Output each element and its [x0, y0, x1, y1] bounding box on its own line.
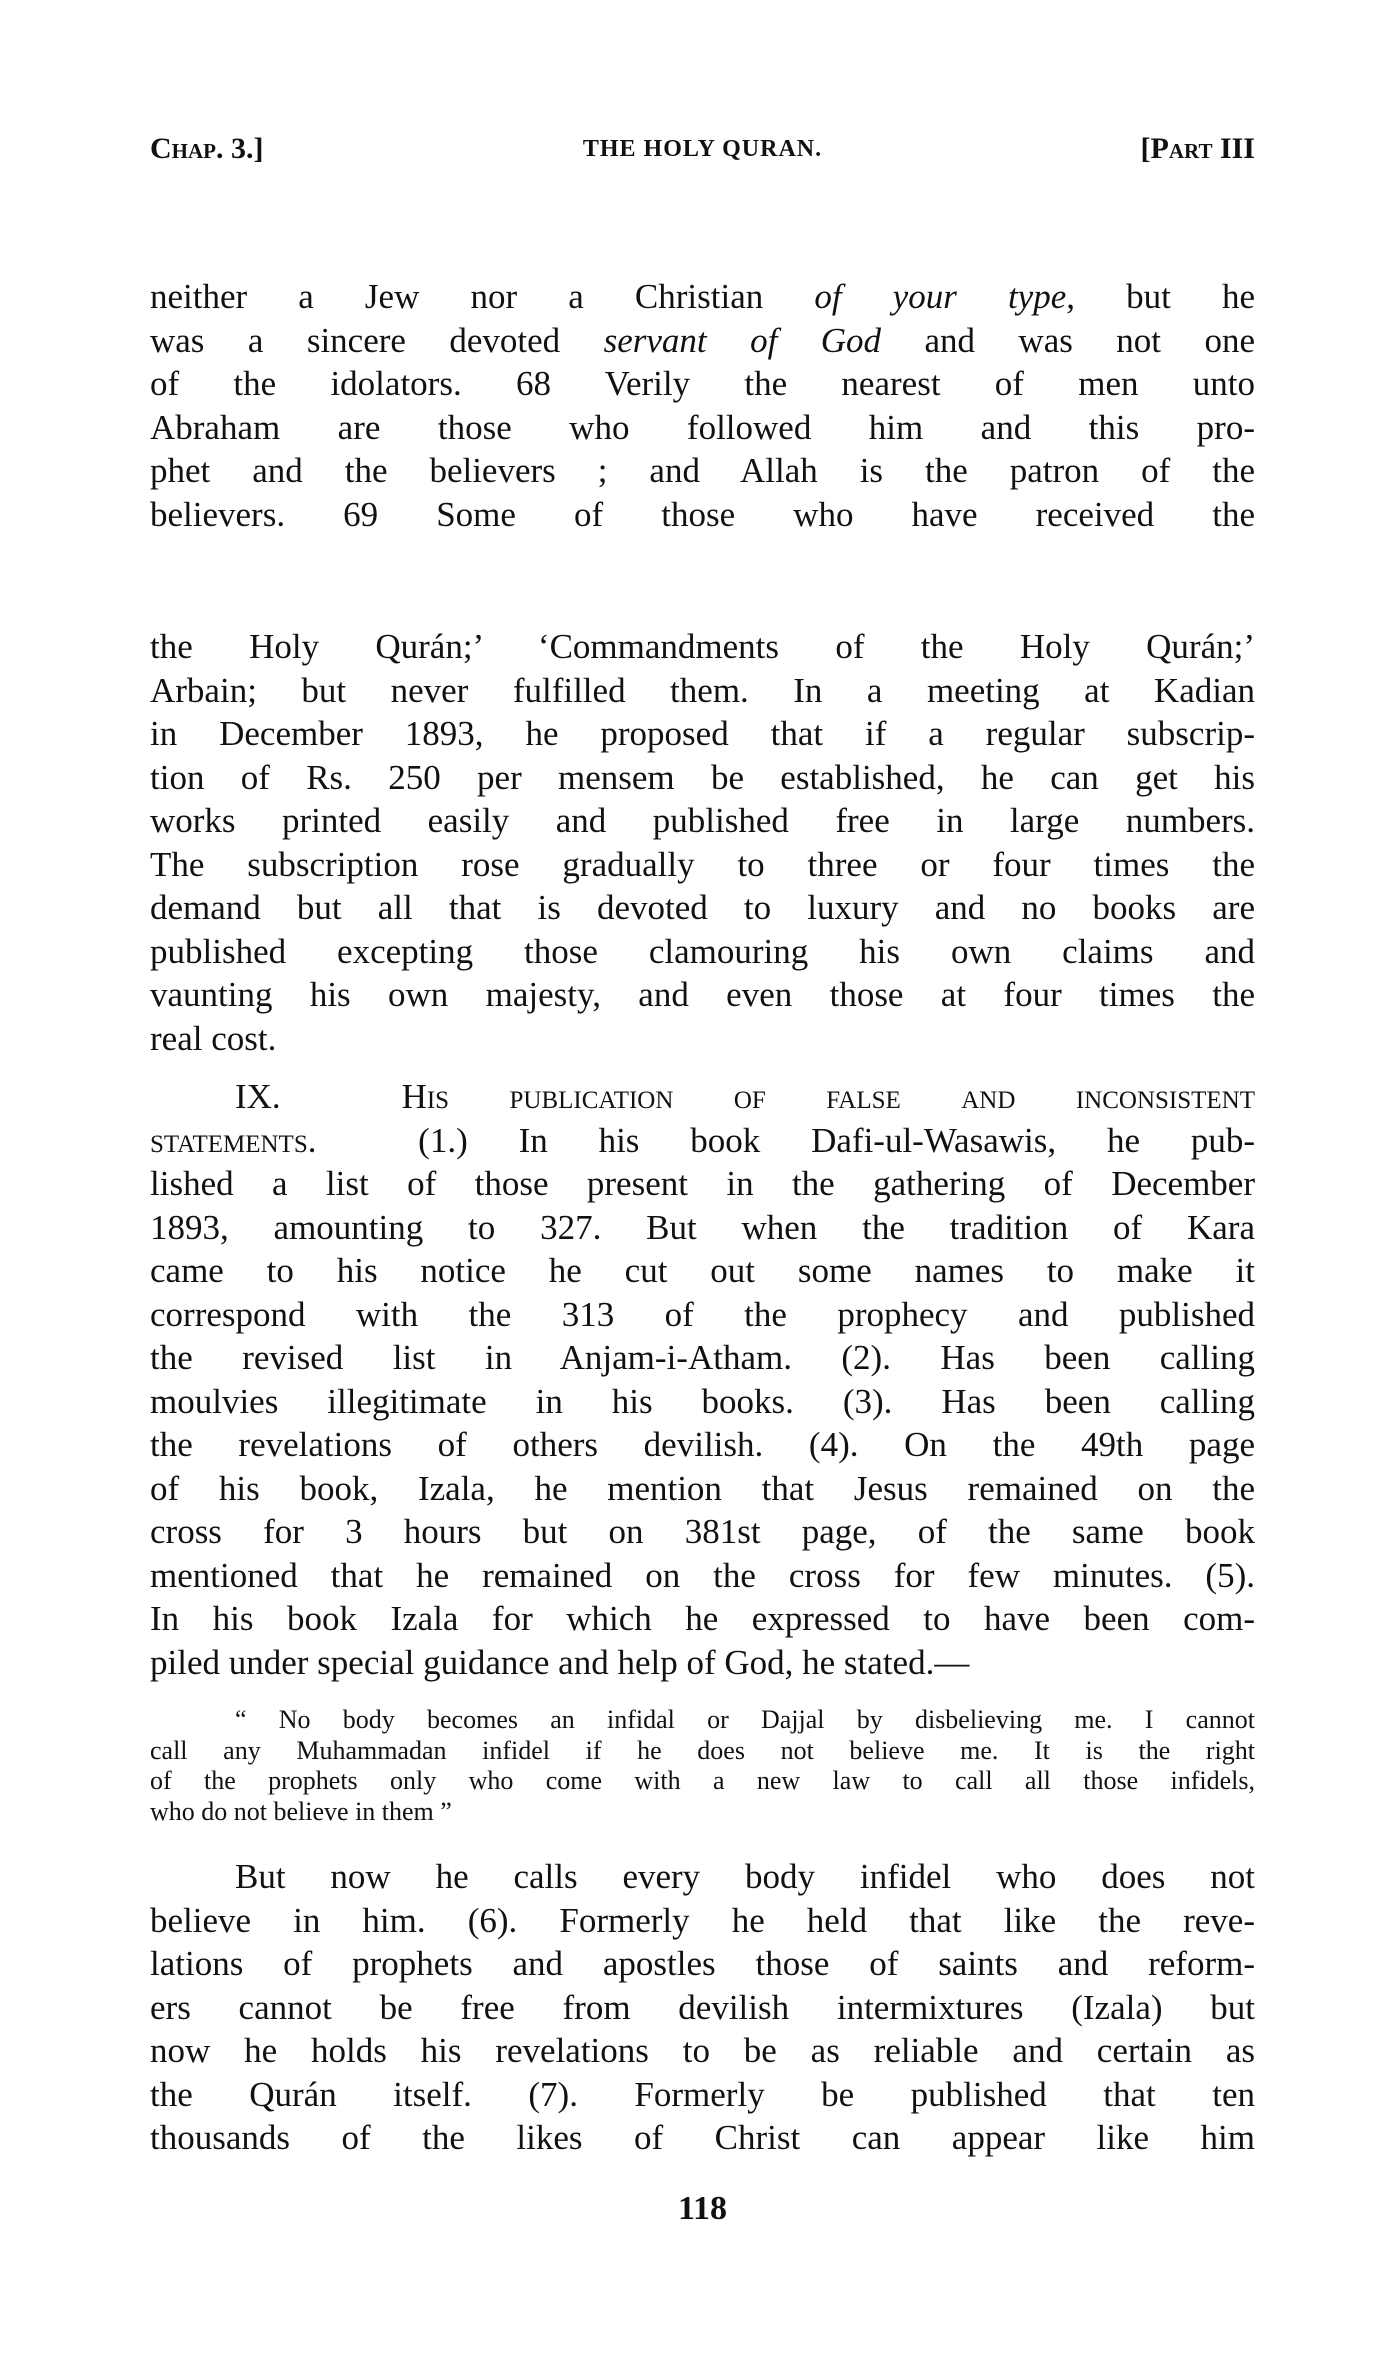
text-line: In his book Izala for which he expressed…	[150, 1597, 1255, 1641]
part-label: [Part III	[1141, 132, 1255, 166]
text-line: tion of Rs. 250 per mensem be establishe…	[150, 756, 1255, 800]
text-line: was a sincere devoted servant of God and…	[150, 319, 1255, 363]
running-head: Chap. 3.] THE HOLY QURAN. [Part III	[150, 132, 1255, 172]
text-line: mentioned that he remained on the cross …	[150, 1554, 1255, 1598]
section-ix: IX. His publication of false and inconsi…	[150, 1075, 1255, 1684]
section-heading: IX. His publication of false and inconsi…	[150, 1075, 1255, 1119]
text-line: thousands of the likes of Christ can app…	[150, 2116, 1255, 2160]
text-line: statements. (1.) In his book Dafi-ul-Was…	[150, 1119, 1255, 1163]
quran-excerpt: neither a Jew nor a Christian of your ty…	[150, 275, 1255, 536]
quote-line: of the prophets only who come with a new…	[150, 1766, 1255, 1797]
text-line: moulvies illegitimate in his books. (3).…	[150, 1380, 1255, 1424]
main-paragraph: the Holy Qurán;’ ‘Commandments of the Ho…	[150, 625, 1255, 1060]
text-line: in December 1893, he proposed that if a …	[150, 712, 1255, 756]
text-line: the Holy Qurán;’ ‘Commandments of the Ho…	[150, 625, 1255, 669]
page-number: 118	[150, 2190, 1255, 2228]
text-line: demand but all that is devoted to luxury…	[150, 886, 1255, 930]
block-quote: “ No body becomes an infidal or Dajjal b…	[150, 1705, 1255, 1827]
text-line: correspond with the 313 of the prophecy …	[150, 1293, 1255, 1337]
text-line: vaunting his own majesty, and even those…	[150, 973, 1255, 1017]
text-line: real cost.	[150, 1017, 1255, 1061]
text-line: came to his notice he cut out some names…	[150, 1249, 1255, 1293]
text-line: the revised list in Anjam-i-Atham. (2). …	[150, 1336, 1255, 1380]
text-line: lished a list of those present in the ga…	[150, 1162, 1255, 1206]
text-line: The subscription rose gradually to three…	[150, 843, 1255, 887]
text-line: believers. 69 Some of those who have rec…	[150, 493, 1255, 537]
text-line: believe in him. (6). Formerly he held th…	[150, 1899, 1255, 1943]
text-line: Abraham are those who followed him and t…	[150, 406, 1255, 450]
text-line: published excepting those clamouring his…	[150, 930, 1255, 974]
text-line: of his book, Izala, he mention that Jesu…	[150, 1467, 1255, 1511]
quote-line: call any Muhammadan infidel if he does n…	[150, 1736, 1255, 1767]
text-line: works printed easily and published free …	[150, 799, 1255, 843]
text-line: piled under special guidance and help of…	[150, 1641, 1255, 1685]
text-line: phet and the believers ; and Allah is th…	[150, 449, 1255, 493]
text-line: of the idolators. 68 Verily the nearest …	[150, 362, 1255, 406]
text-line: 1893, amounting to 327. But when the tra…	[150, 1206, 1255, 1250]
quote-line: who do not believe in them ”	[150, 1797, 1255, 1828]
text-line: neither a Jew nor a Christian of your ty…	[150, 275, 1255, 319]
text-line: ers cannot be free from devilish intermi…	[150, 1986, 1255, 2030]
text-line: Arbain; but never fulfilled them. In a m…	[150, 669, 1255, 713]
quote-line: “ No body becomes an infidal or Dajjal b…	[150, 1705, 1255, 1736]
text-line: now he holds his revelations to be as re…	[150, 2029, 1255, 2073]
closing-paragraph: But now he calls every body infidel who …	[150, 1855, 1255, 2160]
text-line: lations of prophets and apostles those o…	[150, 1942, 1255, 1986]
text-line: the revelations of others devilish. (4).…	[150, 1423, 1255, 1467]
text-line: But now he calls every body infidel who …	[150, 1855, 1255, 1899]
book-title: THE HOLY QURAN.	[150, 136, 1255, 163]
text-line: the Qurán itself. (7). Formerly be publi…	[150, 2073, 1255, 2117]
text-line: cross for 3 hours but on 381st page, of …	[150, 1510, 1255, 1554]
